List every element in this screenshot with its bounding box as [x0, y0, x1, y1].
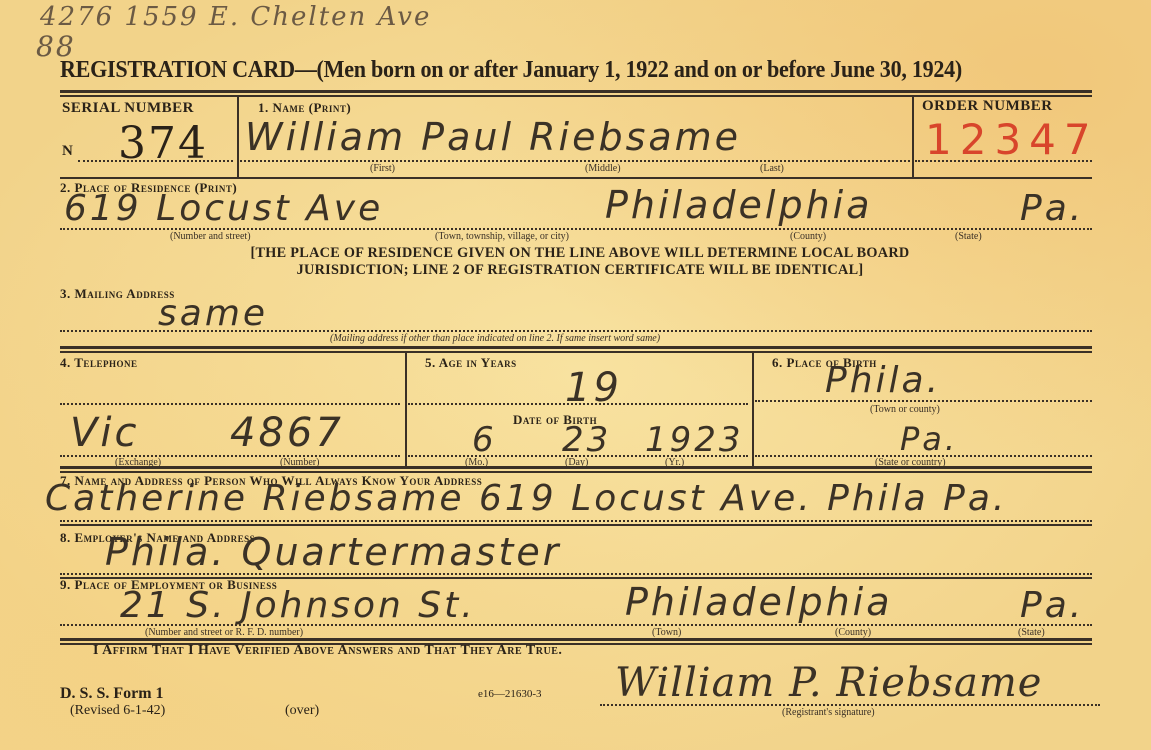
employment-state: Pa. [1020, 585, 1084, 626]
registration-card: 4276 1559 E. Chelten Ave 88 REGISTRATION… [0, 0, 1151, 750]
signature-line [600, 704, 1100, 706]
residence-street: 619 Locust Ave [64, 188, 383, 229]
caption-last: (Last) [760, 163, 784, 174]
telephone-number: 4867 [230, 410, 344, 456]
caption-state: (State) [1018, 627, 1045, 638]
caption-state: (State) [955, 231, 982, 242]
dob-month: 6 [472, 420, 497, 460]
age-label: 5. Age in Years [425, 355, 517, 371]
caption-town: (Town) [652, 627, 681, 638]
serial-line [78, 160, 233, 162]
contact-value: Catherine Riebsame 619 Locust Ave. Phila… [45, 478, 1007, 519]
divider [912, 97, 914, 177]
divider [405, 352, 407, 467]
caption-number-street: (Number and street) [170, 231, 251, 242]
notice-line-1: [THE PLACE OF RESIDENCE GIVEN ON THE LIN… [143, 245, 1017, 262]
telephone-exchange: Vic [70, 410, 139, 456]
over-note: (over) [285, 703, 319, 719]
order-number-label: ORDER NUMBER [922, 98, 1053, 115]
divider [237, 97, 239, 177]
print-code: e16—21630-3 [478, 688, 542, 700]
mailing-address-value: same [158, 293, 268, 334]
jurisdiction-notice: [THE PLACE OF RESIDENCE GIVEN ON THE LIN… [143, 245, 1017, 279]
telephone-label: 4. Telephone [60, 355, 137, 371]
employment-city: Philadelphia [625, 580, 893, 624]
divider [60, 524, 1092, 526]
residence-state: Pa. [1020, 188, 1084, 229]
name-value: William Paul Riebsame [245, 115, 741, 159]
serial-number-label: SERIAL NUMBER [62, 100, 194, 117]
caption-middle: (Middle) [585, 163, 621, 174]
divider [60, 346, 1092, 353]
pencil-note: 4276 1559 E. Chelten Ave [40, 2, 431, 32]
caption-town: (Town, township, village, or city) [435, 231, 569, 242]
birthplace-town: Phila. [825, 360, 941, 401]
age-line [408, 403, 748, 405]
caption-county: (County) [790, 231, 826, 242]
employer-line [60, 573, 1092, 575]
signature-caption: (Registrant's signature) [782, 707, 875, 718]
birthplace-town-line [755, 400, 1092, 402]
caption-town-county: (Town or county) [870, 404, 940, 415]
telephone-line-1 [60, 403, 400, 405]
employer-value: Phila. Quartermaster [105, 530, 561, 574]
affirmation-text: I Affirm That I Have Verified Above Answ… [93, 643, 562, 659]
serial-prefix: N [62, 143, 73, 160]
form-revised: (Revised 6-1-42) [70, 703, 165, 719]
telephone-line-2 [60, 455, 400, 457]
residence-line [60, 228, 1092, 230]
name-label: 1. Name (Print) [258, 100, 351, 116]
divider [60, 466, 1092, 473]
order-line [915, 160, 1092, 162]
title-divider [60, 90, 1092, 97]
residence-city: Philadelphia [605, 183, 873, 227]
caption-county: (County) [835, 627, 871, 638]
caption-first: (First) [370, 163, 395, 174]
card-title: REGISTRATION CARD—(Men born on or after … [60, 57, 962, 84]
order-number-value: 12347 [925, 115, 1099, 164]
notice-line-2: JURISDICTION; LINE 2 OF REGISTRATION CER… [143, 262, 1017, 279]
divider [60, 177, 1092, 179]
dob-year: 1923 [645, 420, 744, 460]
registrant-signature: William P. Riebsame [615, 660, 1042, 706]
employment-street: 21 S. Johnson St. [120, 585, 476, 626]
mailing-line [60, 330, 1092, 332]
form-number: D. S. S. Form 1 [60, 685, 164, 703]
contact-line [60, 520, 1092, 522]
caption-number-street-rfd: (Number and street or R. F. D. number) [145, 627, 303, 638]
employment-line [60, 624, 1092, 626]
name-line [240, 160, 910, 162]
dob-day: 23 [562, 420, 611, 460]
divider [752, 352, 754, 467]
birthplace-state: Pa. [900, 420, 958, 458]
mailing-caption: (Mailing address if other than place ind… [330, 333, 660, 344]
